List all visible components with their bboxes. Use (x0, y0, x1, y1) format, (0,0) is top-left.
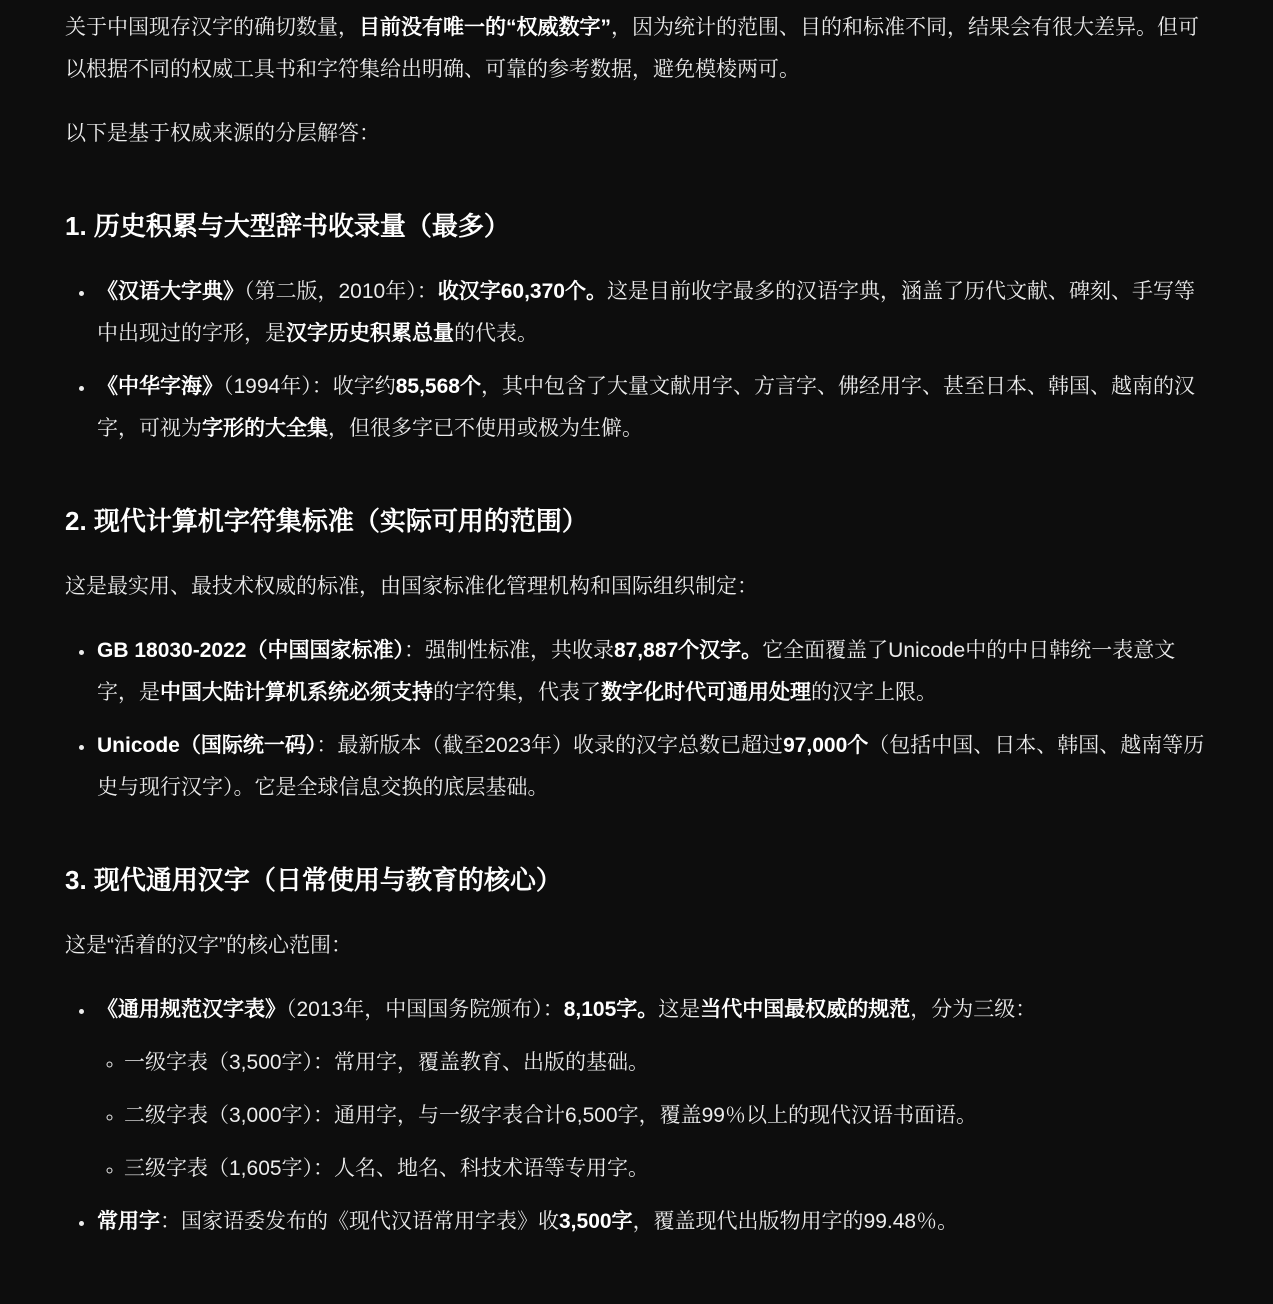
text-run: ：最新版本（截至2023年）收录的汉字总数已超过 (316, 734, 783, 757)
bold-text-run: 收汉字60,370个。 (438, 280, 607, 303)
text-run: ，但很多字已不使用或极为生僻。 (328, 417, 643, 440)
list-item-hanyu-da-zidian: 《汉语大字典》（第二版，2010年）：收汉字60,370个。这是目前收字最多的汉… (96, 271, 1208, 355)
bold-text-run: 中国大陆计算机系统必须支持 (160, 681, 433, 704)
section-3-intro: 这是“活着的汉字”的核心范围： (65, 925, 1208, 967)
text-run: 一级字表（3,500字）：常用字，覆盖教育、出版的基础。 (124, 1051, 649, 1074)
list-item-tongyong-guifan: 《通用规范汉字表》（2013年，中国国务院颁布）：8,105字。这是当代中国最权… (96, 989, 1208, 1190)
text-run: ：国家语委发布的《现代汉语常用字表》收 (160, 1210, 559, 1233)
text-run: 三级字表（1,605字）：人名、地名、科技术语等专用字。 (124, 1157, 649, 1180)
bold-text-run: 85,568个 (396, 375, 481, 398)
bold-text-run: 8,105字。 (564, 998, 659, 1021)
text-run: ，分为三级： (910, 998, 1036, 1021)
bold-text-run: 87,887个汉字。 (614, 639, 762, 662)
text-run: 二级字表（3,000字）：通用字，与一级字表合计6,500字，覆盖99％以上的现… (124, 1104, 977, 1127)
text-run: ：强制性标准，共收录 (404, 639, 614, 662)
bold-text-run: 常用字 (97, 1210, 160, 1233)
bold-text-run: Unicode（国际统一码） (97, 734, 316, 757)
list-item-changyongzi: 常用字：国家语委发布的《现代汉语常用字表》收3,500字，覆盖现代出版物用字的9… (96, 1201, 1208, 1243)
section-2-heading: 2. 现代计算机字符集标准（实际可用的范围） (65, 502, 1208, 540)
text-run: （2013年，中国国务院颁布）： (286, 998, 564, 1021)
text-run: ，覆盖现代出版物用字的99.48％。 (633, 1210, 959, 1233)
section-1-heading: 1. 历史积累与大型辞书收录量（最多） (65, 207, 1208, 245)
list-item-unicode: Unicode（国际统一码）：最新版本（截至2023年）收录的汉字总数已超过97… (96, 725, 1208, 809)
section-3-list: 《通用规范汉字表》（2013年，中国国务院颁布）：8,105字。这是当代中国最权… (65, 989, 1208, 1243)
sub-list-item-tier-3: 三级字表（1,605字）：人名、地名、科技术语等专用字。 (124, 1148, 1208, 1190)
text-run: （第二版，2010年）： (244, 280, 438, 303)
text-run: 这是“活着的汉字”的核心范围： (65, 934, 352, 957)
bold-text-run: 当代中国最权威的规范 (700, 998, 910, 1021)
bold-text-run: 字形的大全集 (202, 417, 328, 440)
bold-text-run: 《中华字海》 (97, 375, 223, 398)
bold-text-run: 《通用规范汉字表》 (97, 998, 286, 1021)
text-run: 关于中国现存汉字的确切数量， (65, 16, 359, 39)
text-run: 这是最实用、最技术权威的标准，由国家标准化管理机构和国际组织制定： (65, 575, 758, 598)
section-1-list: 《汉语大字典》（第二版，2010年）：收汉字60,370个。这是目前收字最多的汉… (65, 271, 1208, 450)
text-run: 以下是基于权威来源的分层解答： (65, 122, 380, 145)
section-2-intro: 这是最实用、最技术权威的标准，由国家标准化管理机构和国际组织制定： (65, 566, 1208, 608)
text-run: 这是 (658, 998, 700, 1021)
paragraph-intro: 关于中国现存汉字的确切数量，目前没有唯一的“权威数字”，因为统计的范围、目的和标… (65, 7, 1208, 91)
bold-text-run: 97,000个 (783, 734, 868, 757)
text-run: 的汉字上限。 (811, 681, 937, 704)
text-run: 的字符集，代表了 (433, 681, 601, 704)
section-2-list: GB 18030-2022（中国国家标准）：强制性标准，共收录87,887个汉字… (65, 630, 1208, 809)
sub-list-item-tier-1: 一级字表（3,500字）：常用字，覆盖教育、出版的基础。 (124, 1042, 1208, 1084)
bold-text-run: 目前没有唯一的“权威数字” (359, 16, 611, 39)
paragraph-lead-in: 以下是基于权威来源的分层解答： (65, 113, 1208, 155)
section-3-heading: 3. 现代通用汉字（日常使用与教育的核心） (65, 861, 1208, 899)
bold-text-run: 汉字历史积累总量 (286, 322, 454, 345)
assistant-message: 关于中国现存汉字的确切数量，目前没有唯一的“权威数字”，因为统计的范围、目的和标… (0, 0, 1273, 1295)
tier-sub-list: 一级字表（3,500字）：常用字，覆盖教育、出版的基础。 二级字表（3,000字… (97, 1042, 1208, 1190)
bold-text-run: 《汉语大字典》 (97, 280, 244, 303)
list-item-gb18030: GB 18030-2022（中国国家标准）：强制性标准，共收录87,887个汉字… (96, 630, 1208, 714)
list-item-zhonghua-zihai: 《中华字海》（1994年）：收字约85,568个，其中包含了大量文献用字、方言字… (96, 366, 1208, 450)
sub-list-item-tier-2: 二级字表（3,000字）：通用字，与一级字表合计6,500字，覆盖99％以上的现… (124, 1095, 1208, 1137)
text-run: （1994年）：收字约 (223, 375, 396, 398)
bold-text-run: 数字化时代可通用处理 (601, 681, 811, 704)
text-run: 的代表。 (454, 322, 538, 345)
bold-text-run: 3,500字 (559, 1210, 633, 1233)
bold-text-run: GB 18030-2022（中国国家标准） (97, 639, 404, 662)
